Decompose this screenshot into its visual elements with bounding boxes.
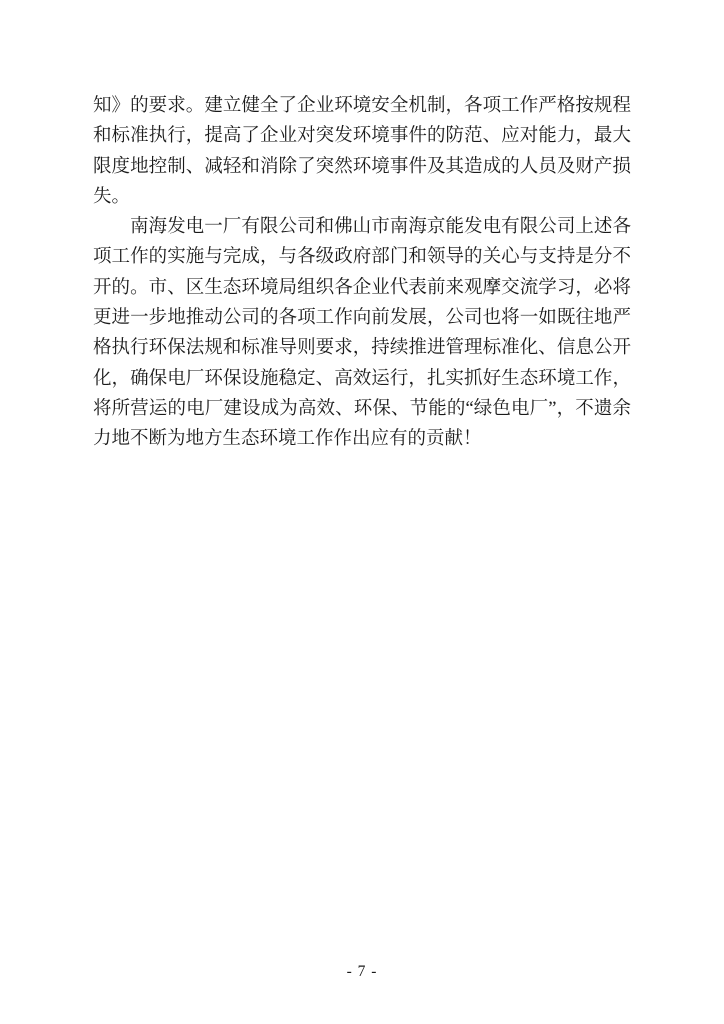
paragraph-2: 南海发电一厂有限公司和佛山市南海京能发电有限公司上述各 项工作的实施与完成，与各… <box>93 212 631 454</box>
text-line: 将所营运的电厂建设成为高效、环保、节能的“绿色电厂”，不遗余 <box>93 394 631 424</box>
paragraph-1: 知》的要求。建立健全了企业环境安全机制，各项工作严格按规程 和标准执行，提高了企… <box>93 91 631 212</box>
text-line: 和标准执行，提高了企业对突发环境事件的防范、应对能力，最大 <box>93 121 631 151</box>
text-line: 格执行环保法规和标准导则要求，持续推进管理标准化、信息公开 <box>93 333 631 363</box>
text-line: 失。 <box>93 182 631 212</box>
body-text: 知》的要求。建立健全了企业环境安全机制，各项工作严格按规程 和标准执行，提高了企… <box>93 91 631 455</box>
text-line: 化，确保电厂环保设施稳定、高效运行，扎实抓好生态环境工作， <box>93 364 631 394</box>
text-line: 开的。市、区生态环境局组织各企业代表前来观摩交流学习，必将 <box>93 273 631 303</box>
text-line: 项工作的实施与完成，与各级政府部门和领导的关心与支持是分不 <box>93 242 631 272</box>
text-line: 南海发电一厂有限公司和佛山市南海京能发电有限公司上述各 <box>93 212 631 242</box>
text-line: 更进一步地推动公司的各项工作向前发展，公司也将一如既往地严 <box>93 303 631 333</box>
text-line: 知》的要求。建立健全了企业环境安全机制，各项工作严格按规程 <box>93 91 631 121</box>
page-number: - 7 - <box>0 963 724 981</box>
document-page: 知》的要求。建立健全了企业环境安全机制，各项工作严格按规程 和标准执行，提高了企… <box>0 0 724 1024</box>
text-line: 力地不断为地方生态环境工作作出应有的贡献！ <box>93 424 631 454</box>
text-line: 限度地控制、减轻和消除了突然环境事件及其造成的人员及财产损 <box>93 152 631 182</box>
